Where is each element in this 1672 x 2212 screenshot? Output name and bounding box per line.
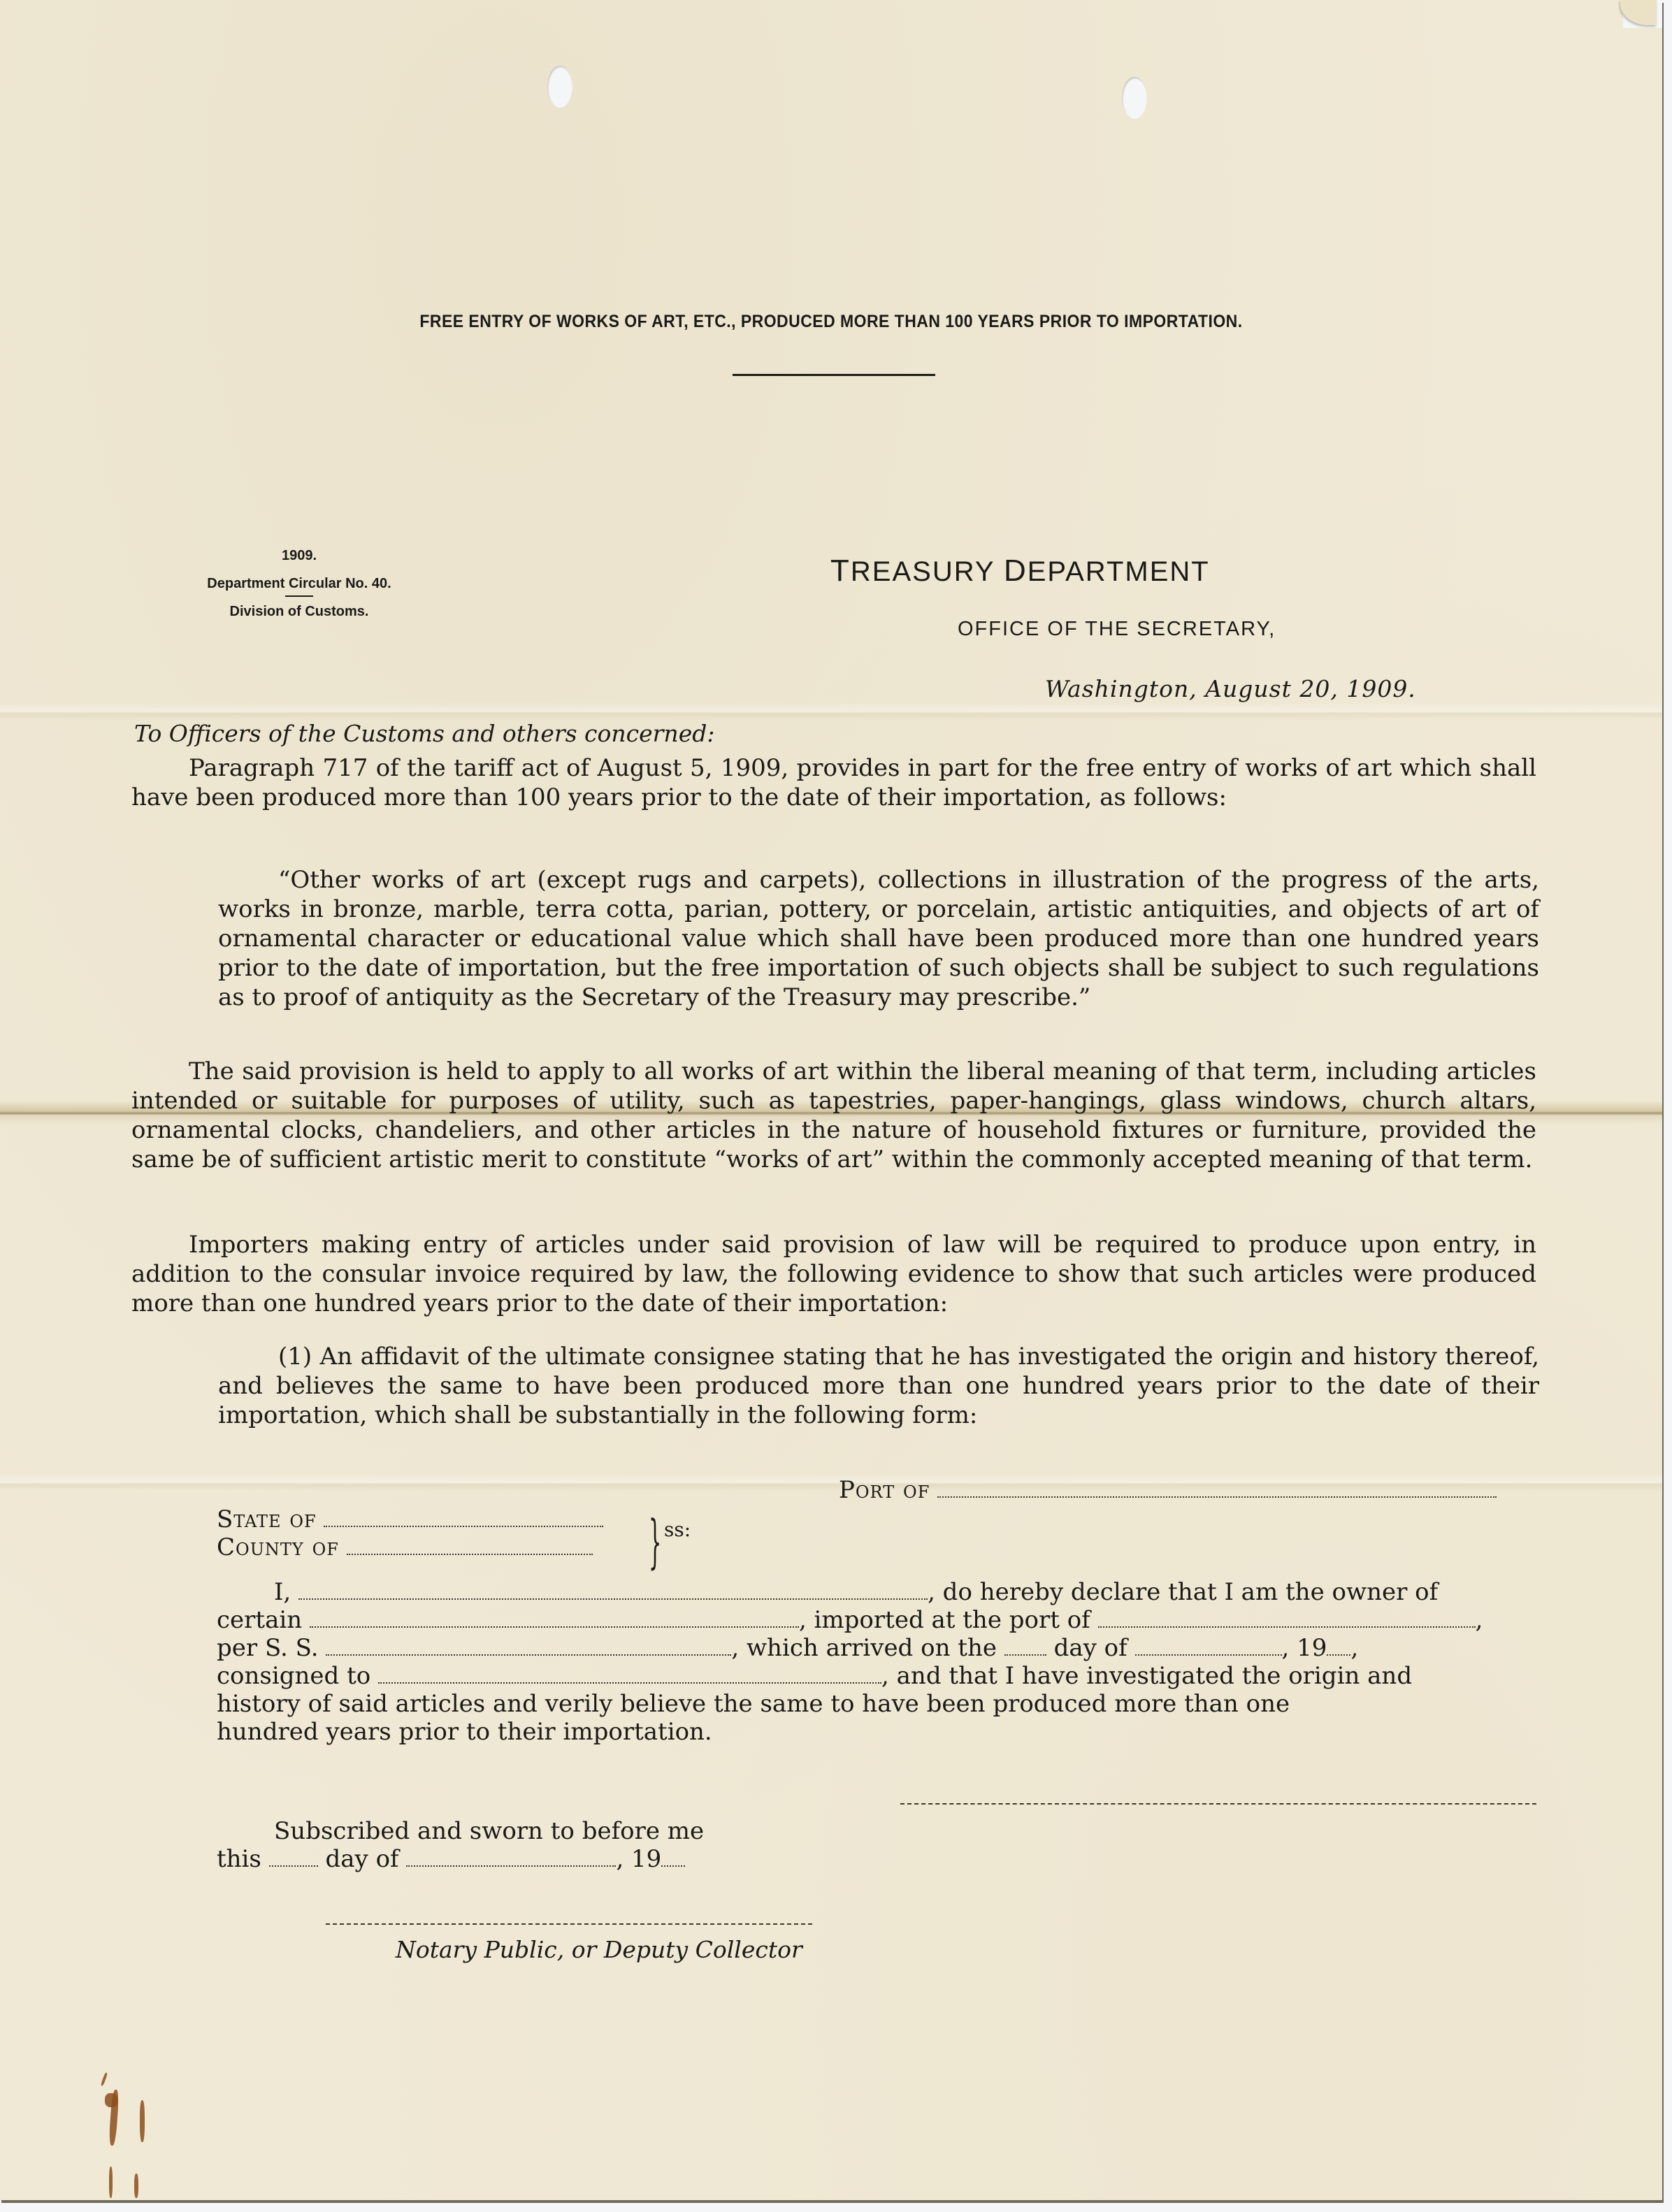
arrival-year-blank[interactable]: [1327, 1654, 1350, 1656]
import-port-blank[interactable]: [1098, 1626, 1476, 1628]
port-field: Port of: [839, 1476, 1497, 1504]
affidavit-requirement: (1) An affidavit of the ultimate consign…: [218, 1342, 1539, 1430]
declaration-line-1: I, , do hereby declare that I am the own…: [217, 1578, 1538, 1606]
declaration-line-2: certain , imported at the port of ,: [217, 1606, 1538, 1634]
port-label: Port of: [839, 1476, 930, 1504]
port-blank[interactable]: [937, 1496, 1497, 1498]
declarant-signature-line[interactable]: [900, 1803, 1536, 1805]
circular-division: Division of Customs.: [173, 602, 425, 621]
statute-quote: “Other works of art (except rugs and car…: [218, 865, 1539, 1012]
punch-hole-left: [547, 66, 572, 108]
state-field: State of: [217, 1505, 603, 1533]
declaration-line-4: consigned to , and that I have investiga…: [217, 1662, 1538, 1690]
letterhead-department: TREASURY DEPARTMENT: [830, 554, 1210, 588]
notary-signature-line[interactable]: [326, 1923, 812, 1925]
sworn-year-blank[interactable]: [661, 1865, 685, 1867]
letterhead-office: OFFICE OF THE SECRETARY,: [958, 618, 1276, 641]
sworn-block: Subscribed and sworn to before me this d…: [217, 1817, 1538, 1873]
sworn-month-blank[interactable]: [406, 1865, 616, 1867]
paragraph-1: Paragraph 717 of the tariff act of Augus…: [131, 753, 1536, 812]
state-label: State of: [217, 1505, 317, 1533]
sworn-day-blank[interactable]: [269, 1865, 318, 1867]
sworn-line-1: Subscribed and sworn to before me: [217, 1817, 1538, 1845]
consignee-blank[interactable]: [378, 1682, 881, 1684]
circular-rule: [285, 595, 313, 597]
punch-hole-right: [1122, 77, 1147, 119]
paragraph-3: Importers making entry of articles under…: [131, 1230, 1536, 1318]
place-date: Washington, August 20, 1909.: [1045, 675, 1416, 702]
owner-name-blank[interactable]: [298, 1598, 928, 1600]
circular-number: Department Circular No. 40.: [173, 574, 425, 593]
document-page: FREE ENTRY OF WORKS OF ART, ETC., PRODUC…: [0, 0, 1662, 2200]
paragraph-2: The said provision is held to apply to a…: [131, 1057, 1536, 1174]
heading-rule: [733, 374, 935, 376]
arrival-month-blank[interactable]: [1135, 1654, 1282, 1656]
curled-corner: [1623, 0, 1662, 28]
circular-info: 1909. Department Circular No. 40. Divisi…: [173, 547, 425, 621]
steamship-blank[interactable]: [326, 1654, 731, 1656]
circular-year: 1909.: [173, 547, 425, 565]
county-label: County of: [217, 1533, 339, 1561]
articles-blank[interactable]: [310, 1626, 799, 1628]
notary-label: Notary Public, or Deputy Collector: [396, 1936, 802, 1963]
declaration-line-3: per S. S. , which arrived on the day of …: [217, 1634, 1538, 1662]
declaration-text: I, , do hereby declare that I am the own…: [217, 1578, 1538, 1746]
document-heading: FREE ENTRY OF WORKS OF ART, ETC., PRODUC…: [66, 312, 1596, 332]
county-field: County of: [217, 1533, 593, 1561]
paper-fold-upper: [0, 702, 1662, 721]
arrival-day-blank[interactable]: [1004, 1654, 1046, 1656]
state-blank[interactable]: [324, 1525, 603, 1527]
county-blank[interactable]: [347, 1553, 593, 1555]
ss-label: ss:: [664, 1518, 691, 1541]
sworn-line-2: this day of , 19: [217, 1845, 1538, 1873]
brace-icon: }: [649, 1514, 661, 1571]
salutation: To Officers of the Customs and others co…: [134, 720, 714, 747]
declaration-line-6: hundred years prior to their importation…: [217, 1718, 1538, 1746]
declaration-line-5: history of said articles and verily beli…: [217, 1690, 1538, 1718]
